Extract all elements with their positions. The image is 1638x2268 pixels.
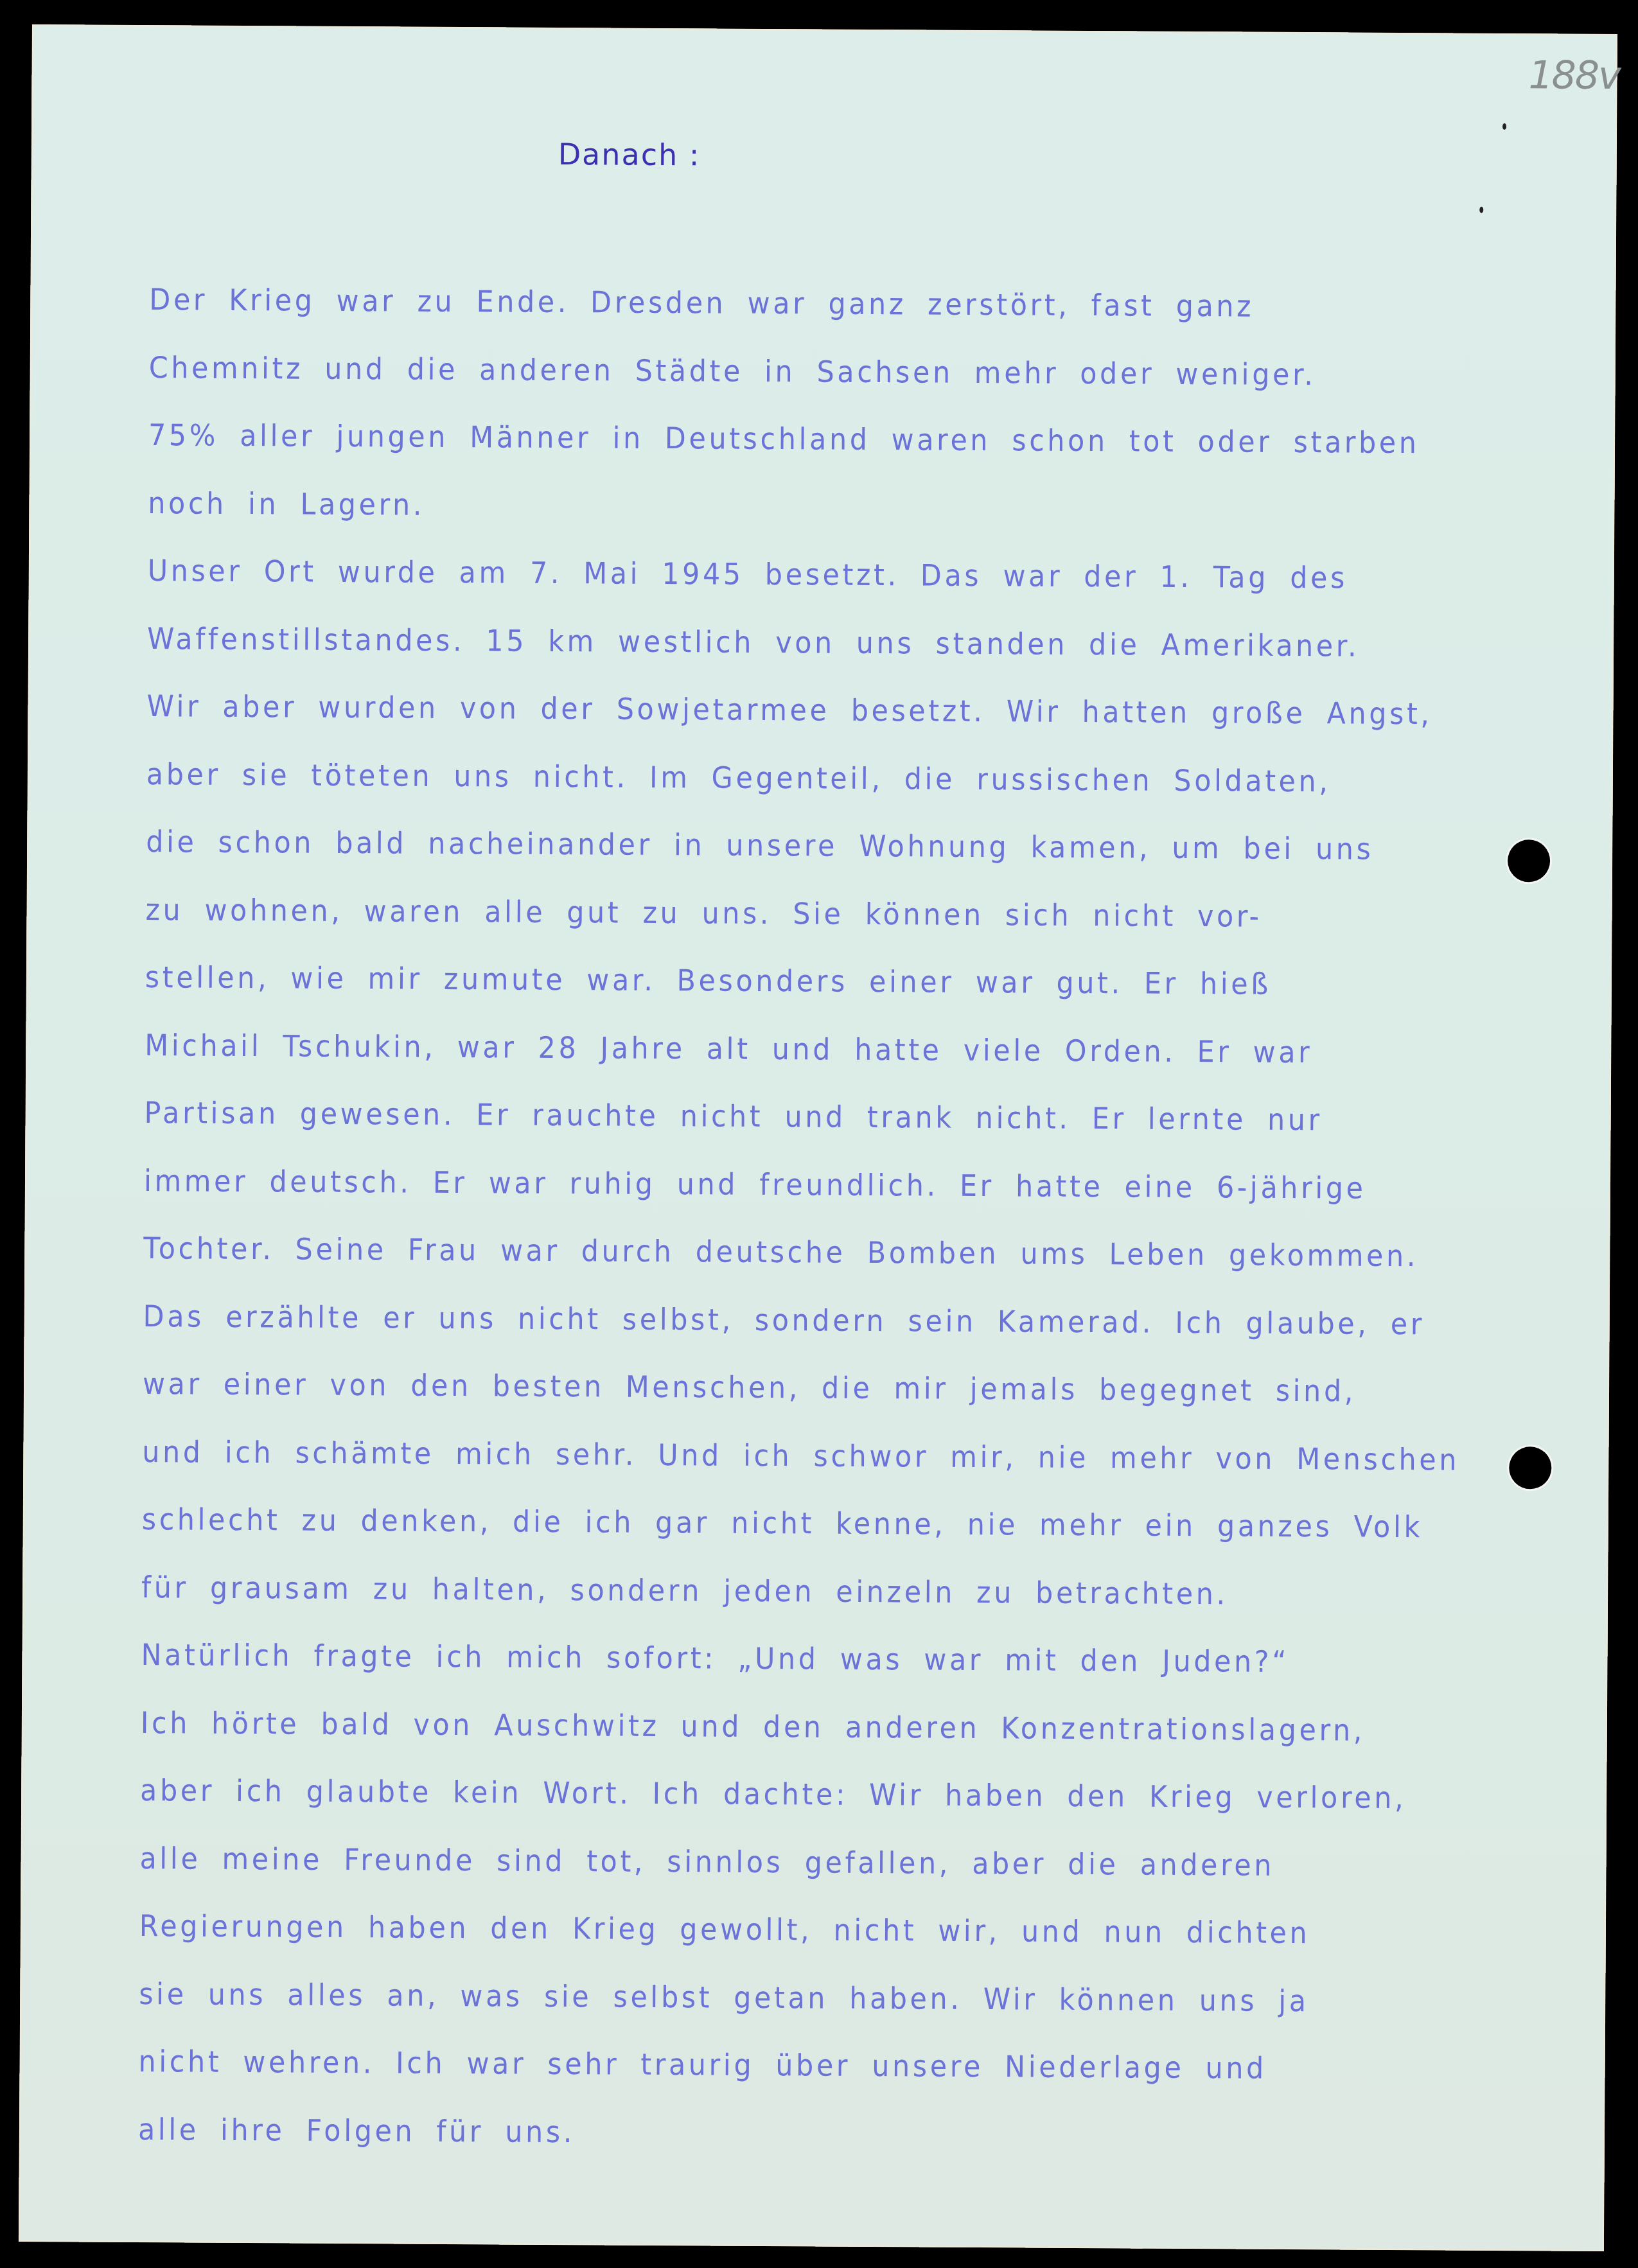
text-line: stellen, wie mir zumute war. Besonders e… (145, 954, 1520, 1031)
handwritten-text: Der Krieg war zu Ende. Dresden war ganz … (138, 277, 1627, 2183)
text-line: Partisan gewesen. Er rauchte nicht und t… (144, 1090, 1519, 1166)
text-line: alle meine Freunde sind tot, sinnlos gef… (139, 1836, 1514, 1912)
text-line: schlecht zu denken, die ich gar nicht ke… (141, 1497, 1516, 1573)
text-line: immer deutsch. Er war ruhig und freundli… (144, 1158, 1519, 1235)
text-line: Wir aber wurden von der Sowjetarmee bese… (146, 683, 1521, 760)
text-line: alle ihre Folgen für uns. (138, 2107, 1513, 2183)
text-line: Ich hörte bald von Auschwitz und den and… (140, 1700, 1515, 1777)
text-line: Regierungen haben den Krieg gewollt, nic… (139, 1903, 1513, 1980)
text-line: Das erzählte er uns nicht selbst, sonder… (143, 1294, 1517, 1370)
page-heading: Danach : (558, 137, 701, 172)
text-line: für grausam zu halten, sondern jeden ein… (141, 1565, 1516, 1641)
text-line: Tochter. Seine Frau war durch deutsche B… (143, 1226, 1518, 1302)
text-line: sie uns alles an, was sie selbst getan h… (139, 1971, 1513, 2048)
text-line: zu wohnen, waren alle gut zu uns. Sie kö… (145, 887, 1520, 963)
manuscript-page: 188v Danach : Der Krieg war zu Ende. Dre… (19, 24, 1617, 2251)
text-line: 75% aller jungen Männer in Deutschland w… (148, 412, 1523, 489)
text-line: Waffenstillstandes. 15 km westlich von u… (147, 616, 1522, 692)
text-line: aber sie töteten uns nicht. Im Gegenteil… (146, 752, 1520, 828)
text-line: aber ich glaubte kein Wort. Ich dachte: … (140, 1768, 1515, 1844)
text-line: Unser Ort wurde am 7. Mai 1945 besetzt. … (147, 548, 1522, 624)
text-line: die schon bald nacheinander in unsere Wo… (146, 819, 1520, 895)
text-line: Natürlich fragte ich mich sofort: „Und w… (141, 1632, 1515, 1709)
text-line: Der Krieg war zu Ende. Dresden war ganz … (149, 277, 1524, 353)
ink-speck (1479, 207, 1483, 213)
folio-number: 188v (1528, 53, 1619, 98)
text-line: noch in Lagern. (148, 480, 1522, 557)
text-line: und ich schämte mich sehr. Und ich schwo… (142, 1429, 1517, 1506)
text-line: war einer von den besten Menschen, die m… (143, 1361, 1517, 1437)
ink-speck (1502, 123, 1506, 130)
text-line: Chemnitz und die anderen Städte in Sachs… (148, 345, 1523, 421)
text-line: Michail Tschukin, war 28 Jahre alt und h… (145, 1023, 1519, 1099)
text-line: nicht wehren. Ich war sehr traurig über … (138, 2039, 1513, 2115)
